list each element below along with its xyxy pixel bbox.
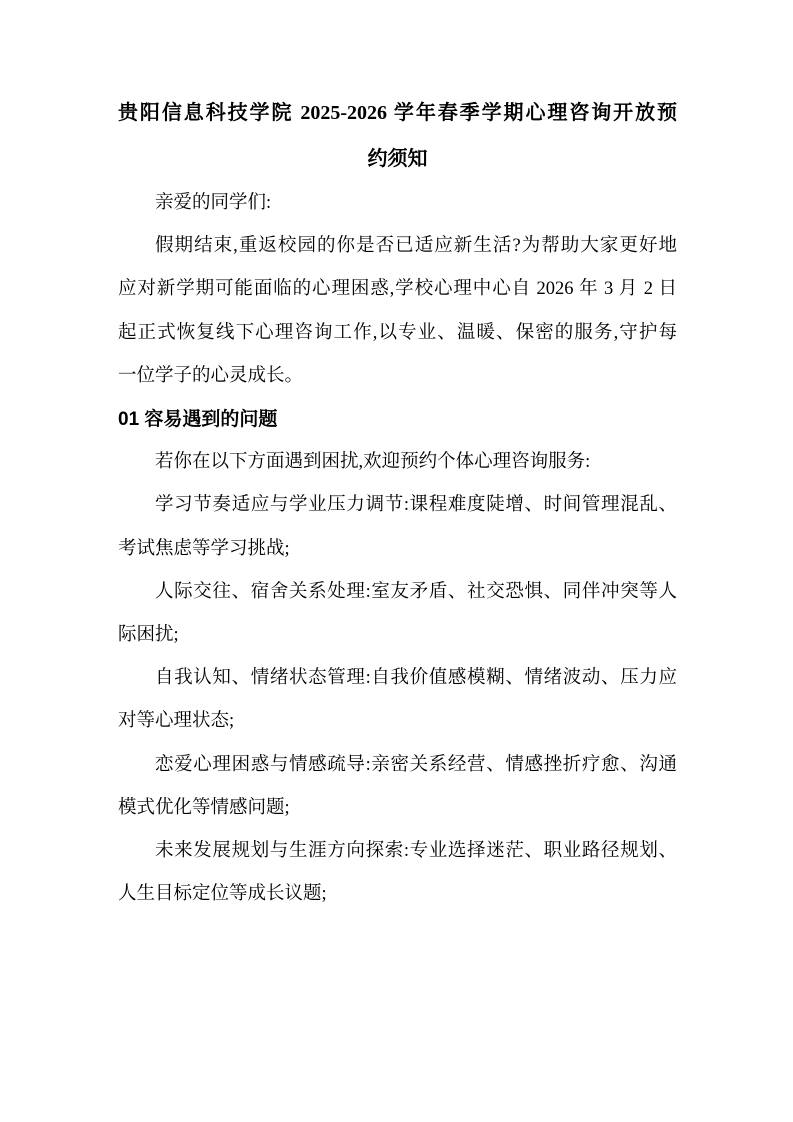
title-line-1: 贵阳信息科技学院 2025-2026 学年春季学期心理咨询开放预	[118, 90, 677, 136]
item-line: 自我认知、情绪状态管理:自我价值感模糊、情绪波动、压力应	[118, 657, 677, 700]
document-title: 贵阳信息科技学院 2025-2026 学年春季学期心理咨询开放预 约须知	[118, 90, 677, 182]
intro-line: 一位学子的心灵成长。	[118, 355, 677, 398]
item-line: 人际交往、宿舍关系处理:室友矛盾、社交恐惧、同伴冲突等人	[118, 571, 677, 614]
intro-line: 起正式恢复线下心理咨询工作,以专业、温暖、保密的服务,守护每	[118, 312, 677, 355]
section-heading: 01 容易遇到的问题	[118, 398, 677, 441]
salutation-line: 亲爱的同学们:	[118, 182, 677, 225]
item-line: 考试焦虑等学习挑战;	[118, 528, 677, 571]
item-line: 学习节奏适应与学业压力调节:课程难度陡增、时间管理混乱、	[118, 484, 677, 527]
item-line: 人生目标定位等成长议题;	[118, 873, 677, 916]
intro-line: 应对新学期可能面临的心理困惑,学校心理中心自 2026 年 3 月 2 日	[118, 268, 677, 311]
item-line: 恋爱心理困惑与情感疏导:亲密关系经营、情感挫折疗愈、沟通	[118, 744, 677, 787]
item-line: 际困扰;	[118, 614, 677, 657]
document-page: 贵阳信息科技学院 2025-2026 学年春季学期心理咨询开放预 约须知 亲爱的…	[0, 0, 793, 1122]
intro-line: 假期结束,重返校园的你是否已适应新生活?为帮助大家更好地	[118, 225, 677, 268]
item-line: 对等心理状态;	[118, 700, 677, 743]
item-line: 未来发展规划与生涯方向探索:专业选择迷茫、职业路径规划、	[118, 830, 677, 873]
title-line-2: 约须知	[118, 136, 677, 182]
section-lead-line: 若你在以下方面遇到困扰,欢迎预约个体心理咨询服务:	[118, 441, 677, 484]
item-line: 模式优化等情感问题;	[118, 787, 677, 830]
document-content: 贵阳信息科技学院 2025-2026 学年春季学期心理咨询开放预 约须知 亲爱的…	[118, 90, 677, 916]
